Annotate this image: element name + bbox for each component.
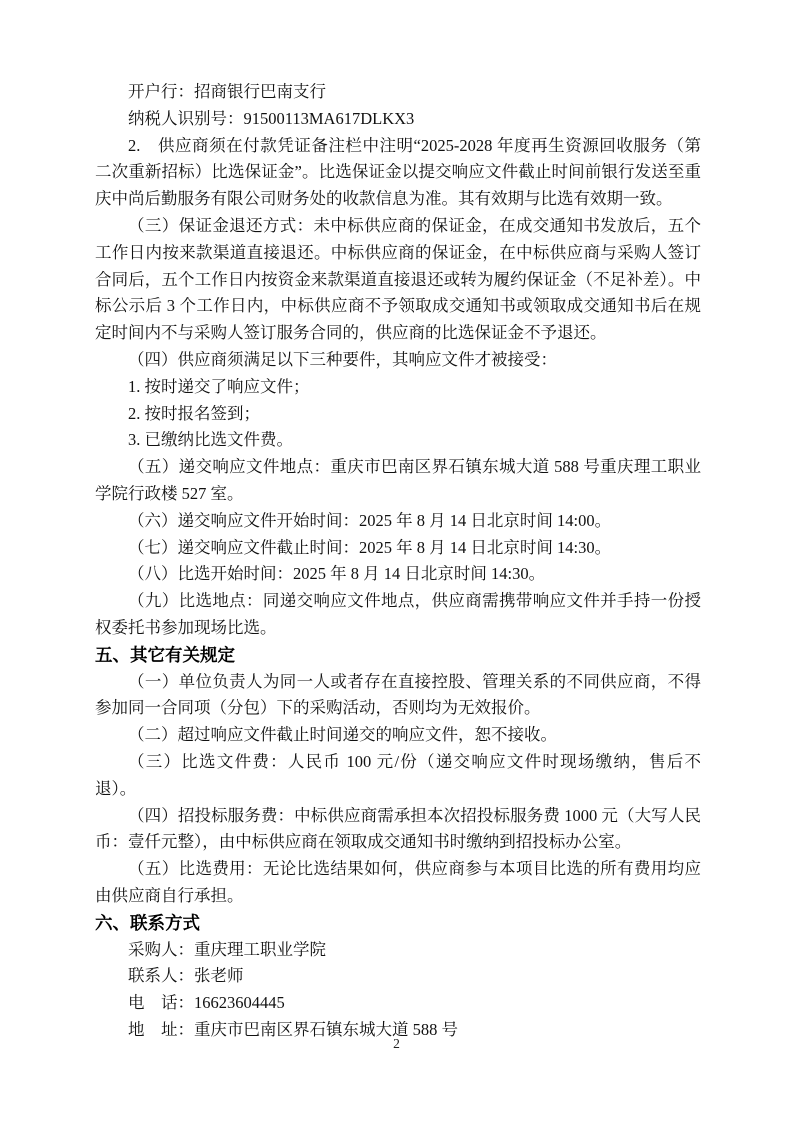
- bixuan-place-paragraph: （九）比选地点：同递交响应文件地点，供应商需携带响应文件并手持一份授权委托书参加…: [95, 588, 701, 642]
- acceptance-requirements-intro: （四）供应商须满足以下三种要件，其响应文件才被接受：: [95, 347, 701, 374]
- deposit-remark-paragraph: 2. 供应商须在付款凭证备注栏中注明“2025-2028 年度再生资源回收服务（…: [95, 133, 701, 213]
- document-page: 开户行：招商银行巴南支行 纳税人识别号：91500113MA617DLKX3 2…: [0, 0, 793, 1122]
- tax-id-line: 纳税人识别号：91500113MA617DLKX3: [95, 106, 701, 133]
- page-number: 2: [393, 1036, 400, 1051]
- submission-deadline-paragraph: （七）递交响应文件截止时间：2025 年 8 月 14 日北京时间 14:30。: [95, 535, 701, 562]
- requirement-item-1: 1. 按时递交了响应文件；: [95, 374, 701, 401]
- requirement-item-3: 3. 已缴纳比选文件费。: [95, 427, 701, 454]
- page-footer: 2: [0, 1036, 793, 1052]
- other-rules-item-4: （四）招投标服务费：中标供应商需承担本次招投标服务费 1000 元（大写人民币：…: [95, 803, 701, 857]
- other-rules-item-1: （一）单位负责人为同一人或者存在直接控股、管理关系的不同供应商，不得参加同一合同…: [95, 669, 701, 723]
- contact-person-line: 联系人：张老师: [95, 963, 701, 990]
- contact-phone-line: 电 话：16623604445: [95, 990, 701, 1017]
- requirement-item-2: 2. 按时报名签到；: [95, 401, 701, 428]
- other-rules-item-3: （三）比选文件费：人民币 100 元/份（递交响应文件时现场缴纳，售后不退）。: [95, 749, 701, 803]
- bixuan-start-time-paragraph: （八）比选开始时间：2025 年 8 月 14 日北京时间 14:30。: [95, 561, 701, 588]
- bank-account-line: 开户行：招商银行巴南支行: [95, 79, 701, 106]
- submission-start-time-paragraph: （六）递交响应文件开始时间：2025 年 8 月 14 日北京时间 14:00。: [95, 508, 701, 535]
- submission-place-paragraph: （五）递交响应文件地点：重庆市巴南区界石镇东城大道 588 号重庆理工职业学院行…: [95, 454, 701, 508]
- contact-buyer-line: 采购人：重庆理工职业学院: [95, 937, 701, 964]
- deposit-refund-paragraph: （三）保证金退还方式：未中标供应商的保证金，在成交通知书发放后，五个工作日内按来…: [95, 213, 701, 347]
- document-content: 开户行：招商银行巴南支行 纳税人识别号：91500113MA617DLKX3 2…: [95, 79, 701, 1044]
- section-heading-contact: 六、联系方式: [95, 910, 701, 937]
- other-rules-item-2: （二）超过响应文件截止时间递交的响应文件，恕不接收。: [95, 722, 701, 749]
- section-heading-other-rules: 五、其它有关规定: [95, 642, 701, 669]
- other-rules-item-5: （五）比选费用：无论比选结果如何，供应商参与本项目比选的所有费用均应由供应商自行…: [95, 856, 701, 910]
